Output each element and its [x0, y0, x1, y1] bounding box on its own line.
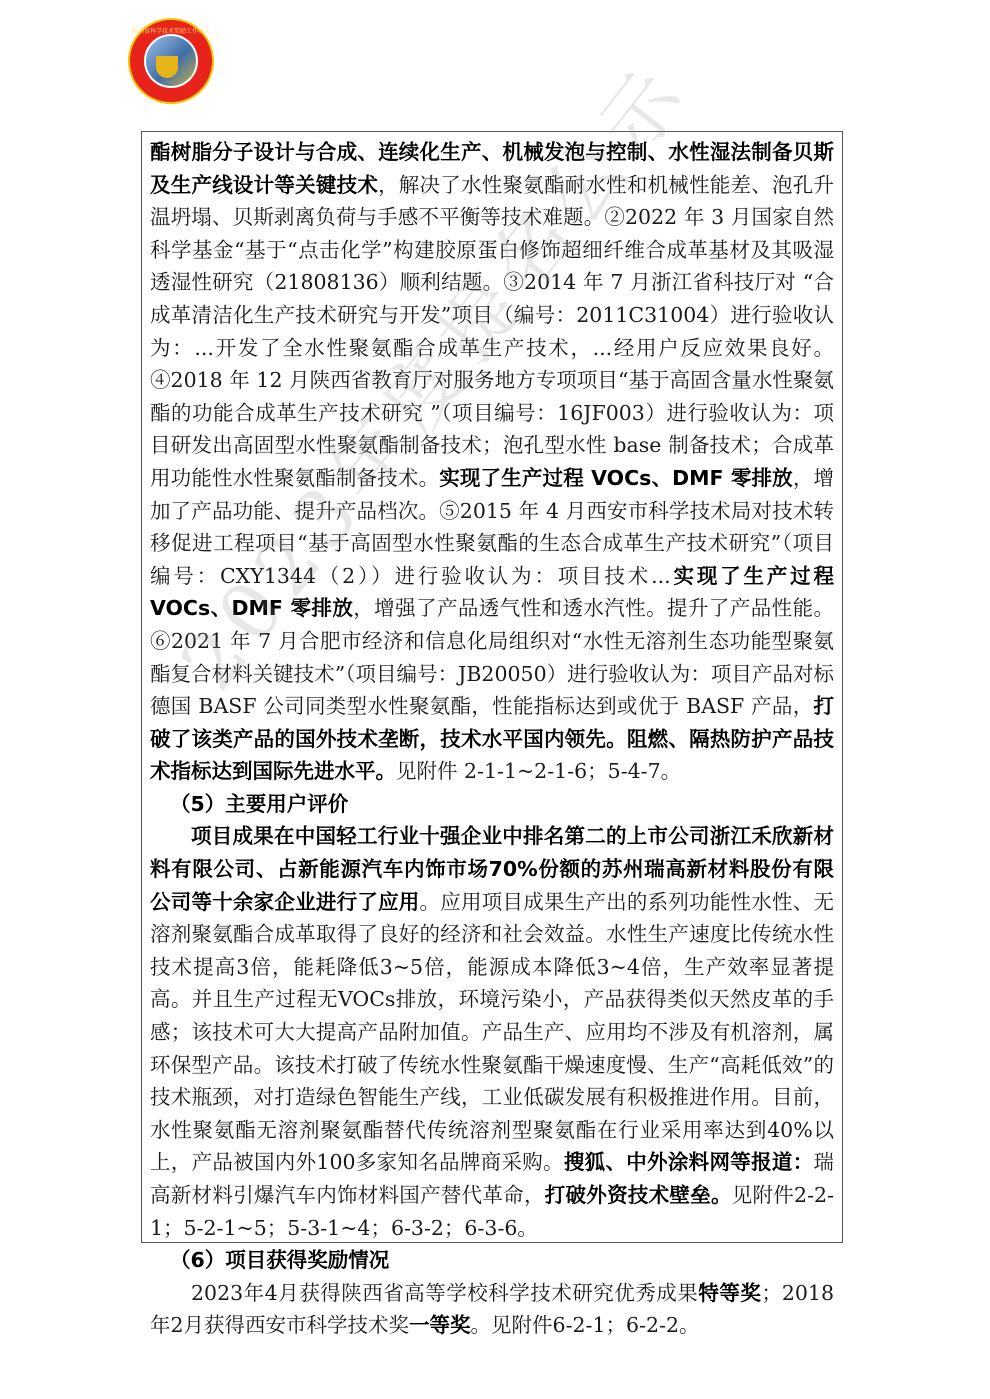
- content-frame: 酯树脂分子设计与合成、连续化生产、机械发泡与控制、水性湿法制备贝斯及生产线设计等…: [141, 131, 843, 1243]
- text-segment: 2023年4月获得陕西省高等学校科学技术研究优秀成果: [191, 1281, 698, 1305]
- bold-text-segment: 一等奖: [409, 1313, 471, 1337]
- paragraph-awards: 2023年4月获得陕西省高等学校科学技术研究优秀成果特等奖；2018年2月获得西…: [150, 1277, 834, 1342]
- paragraph-evaluation-continued: 酯树脂分子设计与合成、连续化生产、机械发泡与控制、水性湿法制备贝斯及生产线设计等…: [150, 136, 834, 788]
- bold-text-segment: 实现了生产过程 VOCs、DMF 零排放: [439, 466, 793, 490]
- text-segment: ，解决了水性聚氨酯耐水性和机械性能差、泡孔升温坍塌、贝斯剥离负荷与手感不平衡等技…: [150, 173, 834, 490]
- text-segment: 。应用项目成果生产出的系列功能性水性、无溶剂聚氨酯合成革取得了良好的经济和社会效…: [150, 890, 834, 1175]
- trophy-icon: [156, 56, 178, 78]
- bold-text-segment: 搜狐、中外涂料网等报道：: [564, 1150, 814, 1174]
- section-heading-user-evaluation: （5）主要用户评价: [150, 788, 834, 821]
- section-heading-awards: （6）项目获得奖励情况: [150, 1244, 834, 1277]
- bold-text-segment: 打破外资技术壁垒。: [545, 1183, 732, 1207]
- text-segment: 见附件 2-1-1~2-1-6；5-4-7。: [396, 759, 681, 783]
- bold-text-segment: 特等奖: [698, 1281, 761, 1305]
- organization-seal-logo: 陕西省科学技术奖励工作办公室: [128, 18, 214, 104]
- logo-emblem-icon: [144, 34, 198, 88]
- paragraph-user-evaluation: 项目成果在中国轻工行业十强企业中排名第二的上市公司浙江禾欣新材料有限公司、占新能…: [150, 820, 834, 1244]
- text-segment: 。见附件6-2-1；6-2-2。: [471, 1313, 700, 1337]
